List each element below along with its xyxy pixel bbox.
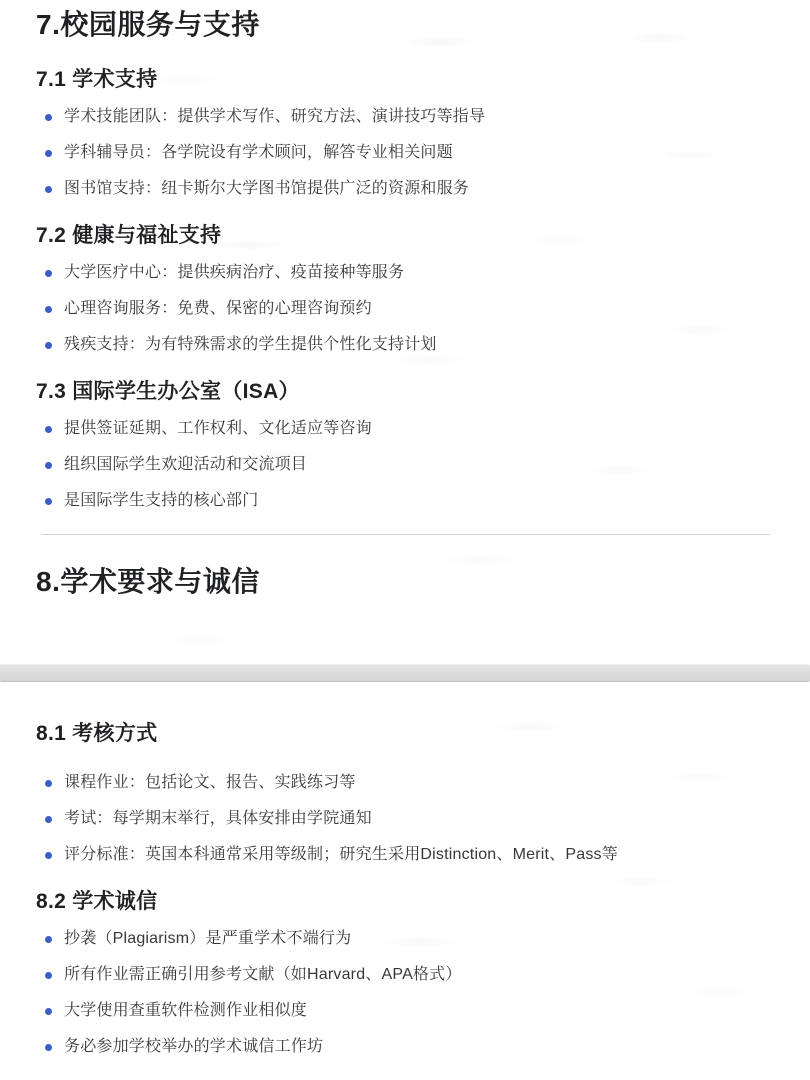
section-7-title: 7.校园服务与支持 <box>36 6 770 44</box>
list-item: 课程作业：包括论文、报告、实践练习等 <box>36 772 770 794</box>
bullet-icon <box>45 1044 52 1051</box>
subsection-7-1-title: 7.1 学术支持 <box>36 66 770 94</box>
list-item: 务必参加学校举办的学术诚信工作坊 <box>36 1036 770 1058</box>
list-item-text: 务必参加学校举办的学术诚信工作坊 <box>64 1036 323 1058</box>
list-item: 所有作业需正确引用参考文献（如Harvard、APA格式） <box>36 964 770 986</box>
page-break-gap <box>0 664 810 682</box>
subsection-8-1-title: 8.1 考核方式 <box>36 720 770 748</box>
subsection-7-3-list: 提供签证延期、工作权利、文化适应等咨询 组织国际学生欢迎活动和交流项目 是国际学… <box>36 418 770 512</box>
list-item-text: 学科辅导员：各学院设有学术顾问，解答专业相关问题 <box>64 142 453 164</box>
list-item: 大学医疗中心：提供疾病治疗、疫苗接种等服务 <box>36 262 770 284</box>
list-item-text: 组织国际学生欢迎活动和交流项目 <box>64 454 307 476</box>
subsection-7-2-list: 大学医疗中心：提供疾病治疗、疫苗接种等服务 心理咨询服务：免费、保密的心理咨询预… <box>36 262 770 356</box>
section-divider <box>41 534 770 535</box>
list-item: 抄袭（Plagiarism）是严重学术不端行为 <box>36 928 770 950</box>
bullet-icon <box>45 972 52 979</box>
subsection-7-1-list: 学术技能团队：提供学术写作、研究方法、演讲技巧等指导 学科辅导员：各学院设有学术… <box>36 106 770 200</box>
bullet-icon <box>45 270 52 277</box>
list-item-text: 抄袭（Plagiarism）是严重学术不端行为 <box>64 928 351 950</box>
list-item-text: 课程作业：包括论文、报告、实践练习等 <box>64 772 356 794</box>
section-8-title: 8.学术要求与诚信 <box>36 563 770 601</box>
list-item-text: 大学使用查重软件检测作业相似度 <box>64 1000 307 1022</box>
subsection-7-3-title: 7.3 国际学生办公室（ISA） <box>36 378 770 406</box>
list-item-text: 大学医疗中心：提供疾病治疗、疫苗接种等服务 <box>64 262 404 284</box>
list-item: 学术技能团队：提供学术写作、研究方法、演讲技巧等指导 <box>36 106 770 128</box>
list-item: 大学使用查重软件检测作业相似度 <box>36 1000 770 1022</box>
list-item-text: 所有作业需正确引用参考文献（如Harvard、APA格式） <box>64 964 462 986</box>
bullet-icon <box>45 462 52 469</box>
bullet-icon <box>45 816 52 823</box>
list-item-text: 是国际学生支持的核心部门 <box>64 490 258 512</box>
list-item-text: 提供签证延期、工作权利、文化适应等咨询 <box>64 418 372 440</box>
list-item: 考试：每学期末举行，具体安排由学院通知 <box>36 808 770 830</box>
list-item-text: 图书馆支持：纽卡斯尔大学图书馆提供广泛的资源和服务 <box>64 178 469 200</box>
bullet-icon <box>45 1008 52 1015</box>
bullet-icon <box>45 780 52 787</box>
list-item: 组织国际学生欢迎活动和交流项目 <box>36 454 770 476</box>
bullet-icon <box>45 342 52 349</box>
list-item-text: 心理咨询服务：免费、保密的心理咨询预约 <box>64 298 372 320</box>
list-item-text: 学术技能团队：提供学术写作、研究方法、演讲技巧等指导 <box>64 106 485 128</box>
bullet-icon <box>45 186 52 193</box>
bullet-icon <box>45 306 52 313</box>
page-card-2: 8.1 考核方式 课程作业：包括论文、报告、实践练习等 考试：每学期末举行，具体… <box>0 682 810 1080</box>
document-page: 7.校园服务与支持 7.1 学术支持 学术技能团队：提供学术写作、研究方法、演讲… <box>0 0 810 1080</box>
list-item-text: 评分标准：英国本科通常采用等级制；研究生采用Distinction、Merit、… <box>64 844 618 866</box>
subsection-8-2-list: 抄袭（Plagiarism）是严重学术不端行为 所有作业需正确引用参考文献（如H… <box>36 928 770 1058</box>
list-item: 图书馆支持：纽卡斯尔大学图书馆提供广泛的资源和服务 <box>36 178 770 200</box>
list-item: 评分标准：英国本科通常采用等级制；研究生采用Distinction、Merit、… <box>36 844 770 866</box>
bullet-icon <box>45 852 52 859</box>
list-item: 残疾支持：为有特殊需求的学生提供个性化支持计划 <box>36 334 770 356</box>
bullet-icon <box>45 114 52 121</box>
bullet-icon <box>45 498 52 505</box>
list-item: 心理咨询服务：免费、保密的心理咨询预约 <box>36 298 770 320</box>
subsection-8-2-title: 8.2 学术诚信 <box>36 888 770 916</box>
subsection-7-2-title: 7.2 健康与福祉支持 <box>36 222 770 250</box>
list-item-text: 残疾支持：为有特殊需求的学生提供个性化支持计划 <box>64 334 437 356</box>
bullet-icon <box>45 150 52 157</box>
subsection-8-1-list: 课程作业：包括论文、报告、实践练习等 考试：每学期末举行，具体安排由学院通知 评… <box>36 772 770 866</box>
list-item-text: 考试：每学期末举行，具体安排由学院通知 <box>64 808 372 830</box>
bullet-icon <box>45 426 52 433</box>
page-card-1: 7.校园服务与支持 7.1 学术支持 学术技能团队：提供学术写作、研究方法、演讲… <box>0 0 810 664</box>
list-item: 学科辅导员：各学院设有学术顾问，解答专业相关问题 <box>36 142 770 164</box>
list-item: 是国际学生支持的核心部门 <box>36 490 770 512</box>
bullet-icon <box>45 936 52 943</box>
list-item: 提供签证延期、工作权利、文化适应等咨询 <box>36 418 770 440</box>
